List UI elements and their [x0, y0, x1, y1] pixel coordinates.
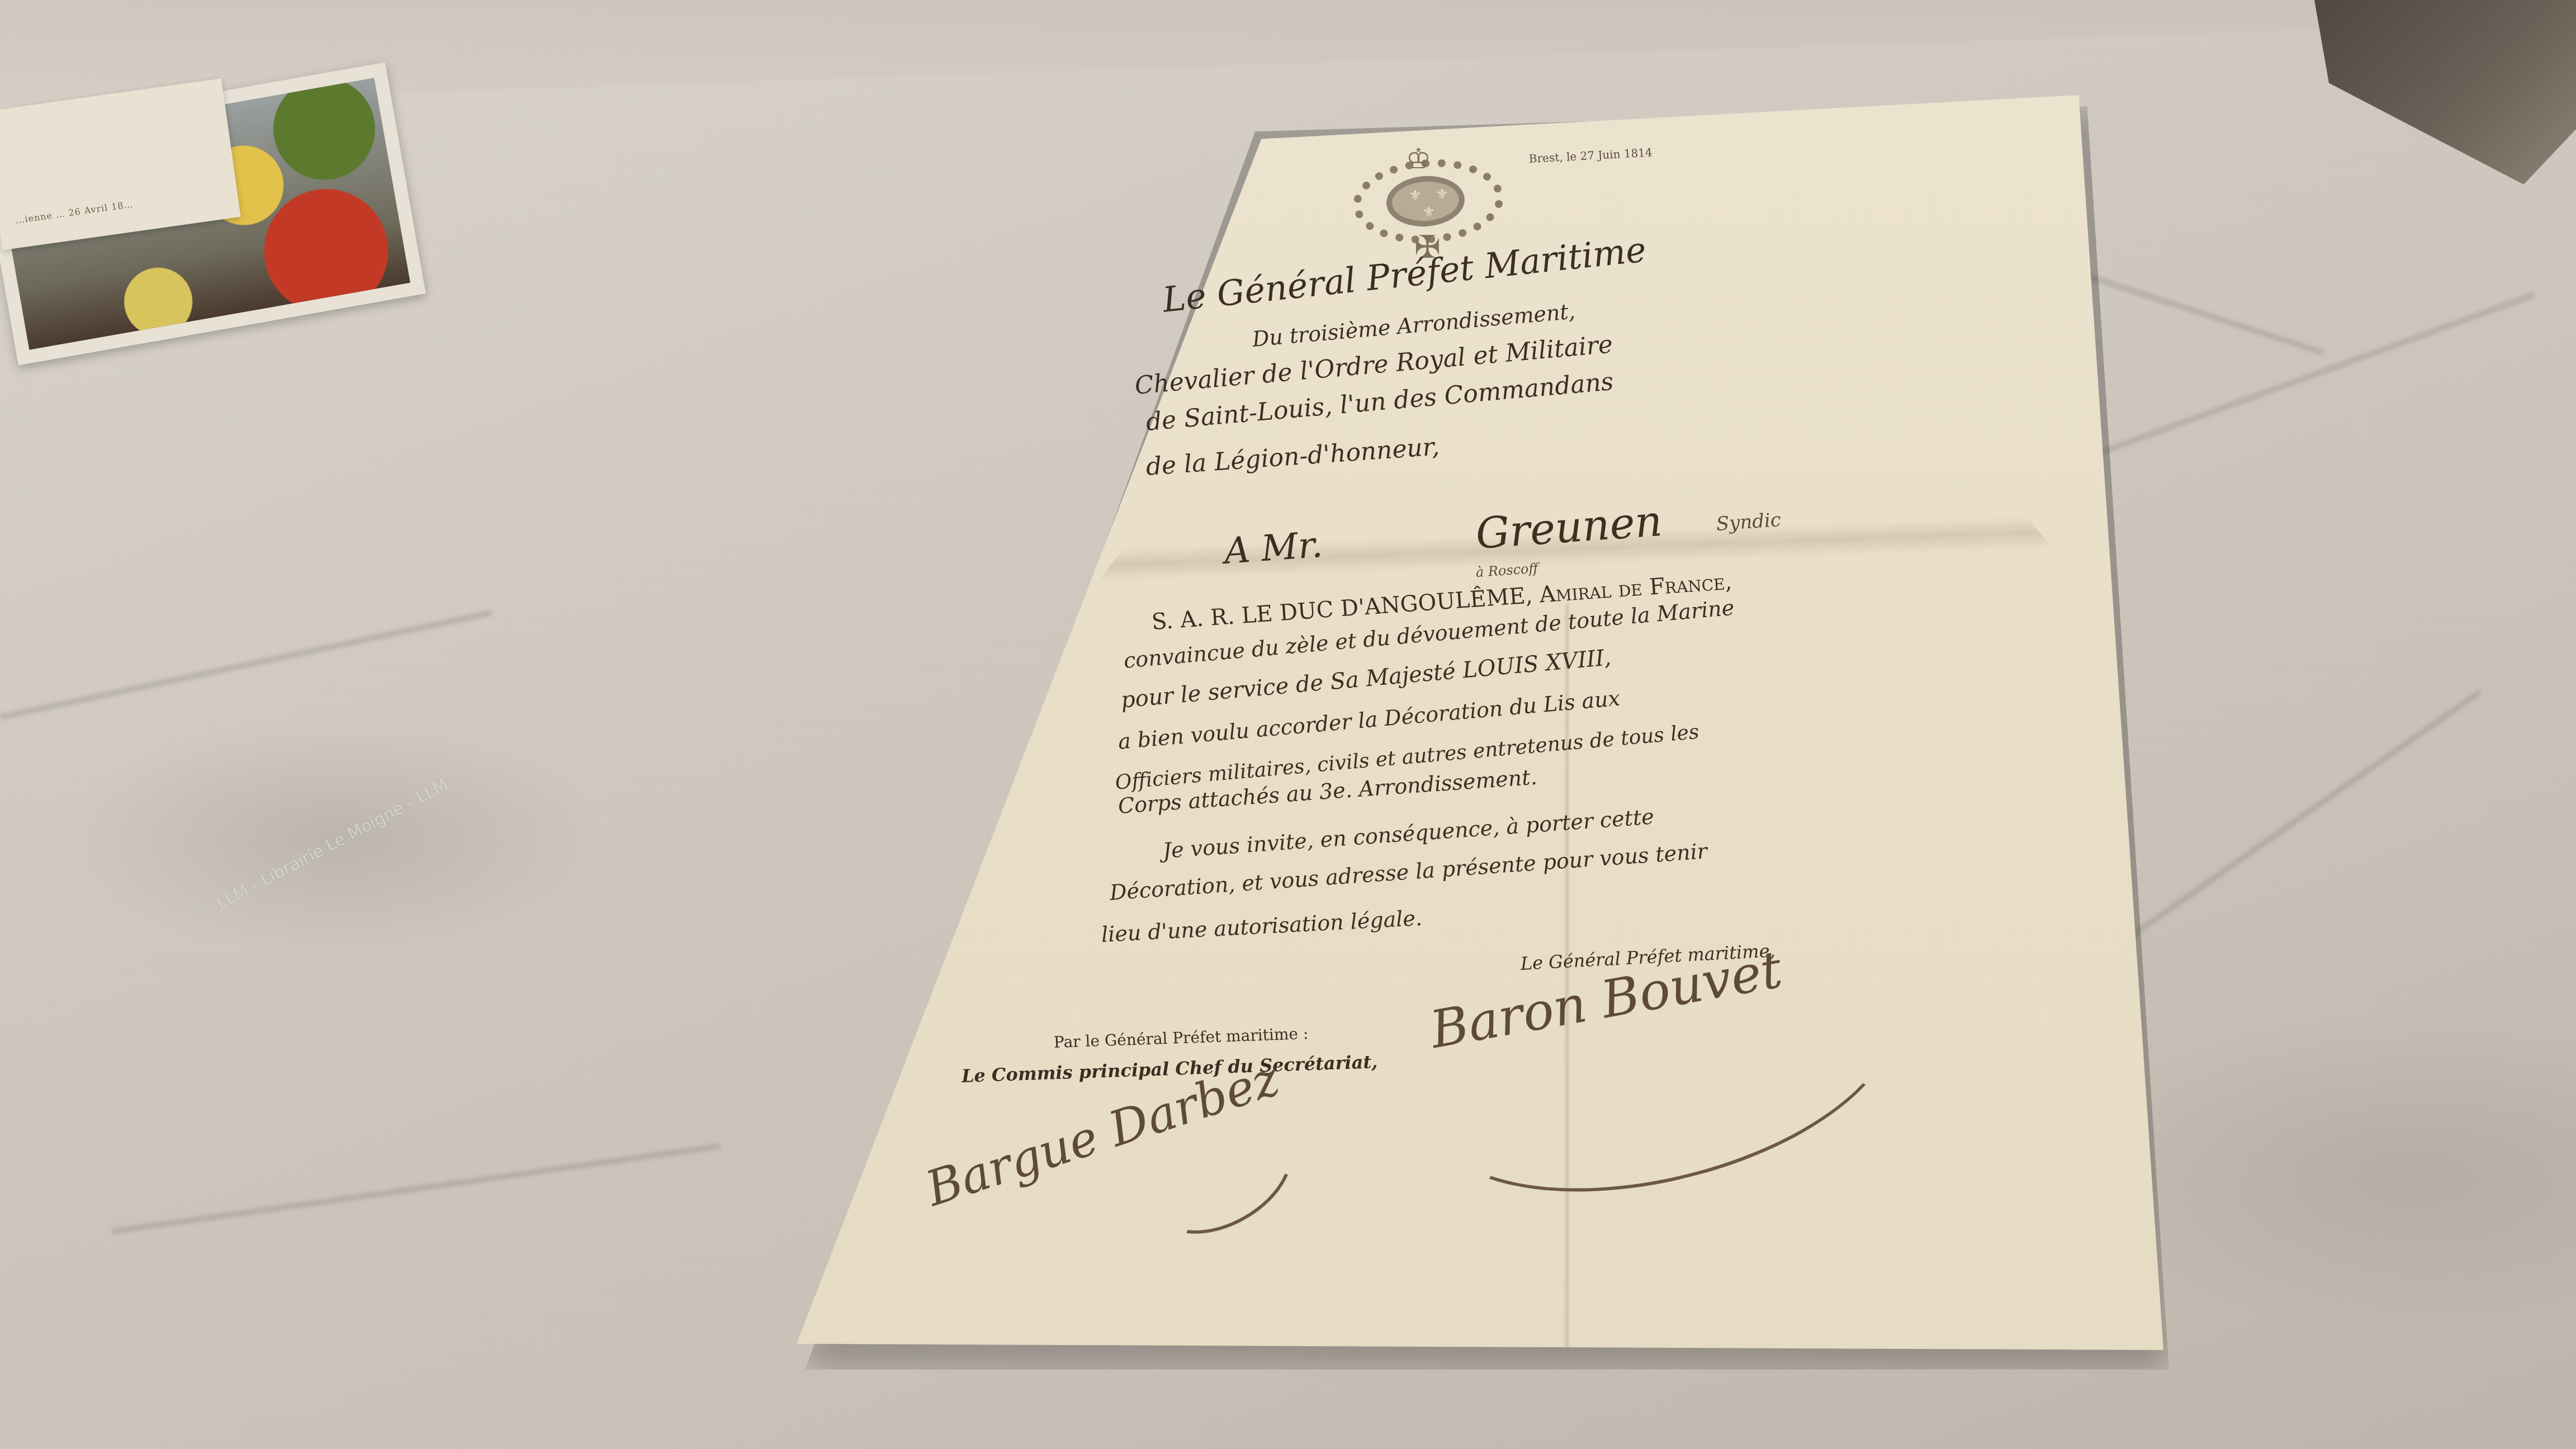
marble-vein	[0, 611, 493, 719]
background-corner	[2285, 0, 2576, 184]
addressee-role: Syndic	[1716, 509, 1782, 536]
envelope-text: …ienne … 26 Avril 18…	[15, 198, 134, 225]
royal-crest-icon: ⚜ ⚜ ⚜ ♔ ✠	[1342, 148, 1515, 260]
marble-vein	[112, 1144, 721, 1233]
watermark: © LLM - Librairie Le Moigne - LLM	[194, 775, 452, 924]
addressee-salutation: A Mr.	[1223, 524, 1324, 572]
